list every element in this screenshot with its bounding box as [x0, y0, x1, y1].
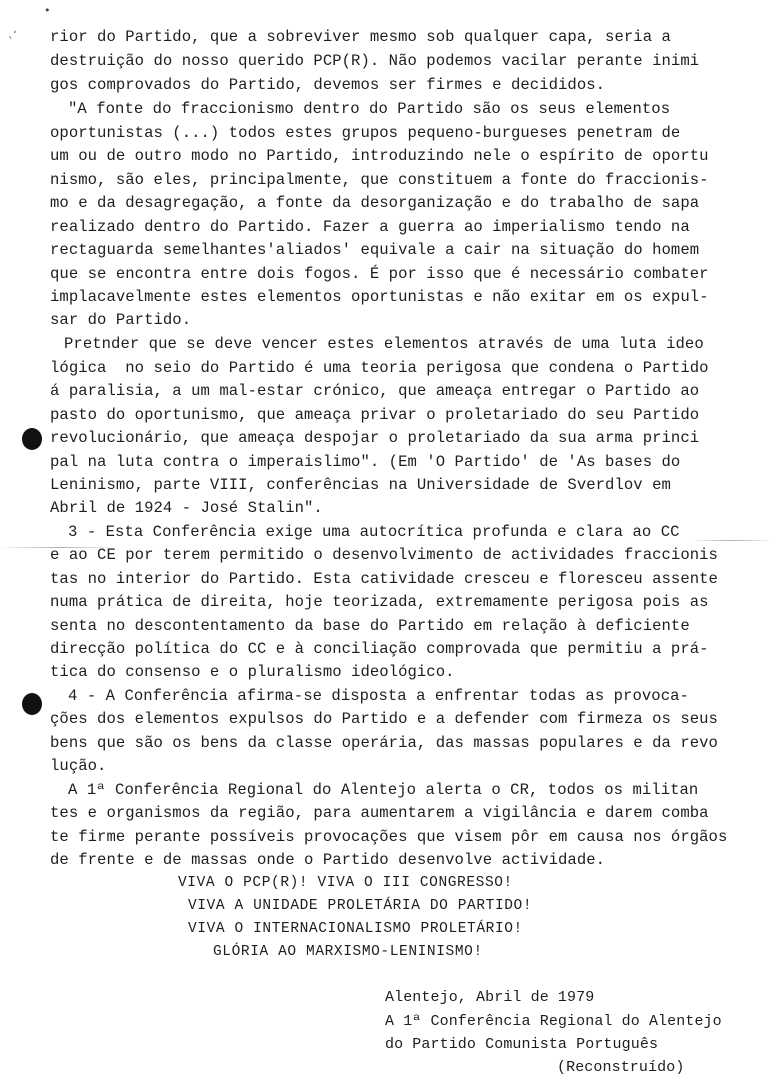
text-line: sar do Partido.	[50, 310, 191, 330]
slogan-line: GLÓRIA AO MARXISMO-LENINISMO!	[213, 942, 483, 962]
text-line: senta no descontentamento da base do Par…	[50, 616, 690, 636]
text-line: direcção política do CC e à conciliação …	[50, 639, 709, 659]
scanned-document-page: • ˎ˒ rior do Partido, que a sobreviver m…	[0, 0, 773, 1080]
text-line: ções dos elementos expulsos do Partido e…	[50, 709, 718, 729]
text-line: numa prática de direita, hoje teorizada,…	[50, 592, 709, 612]
text-line: e ao CE por terem permitido o desenvolvi…	[50, 545, 718, 565]
text-line: 4 - A Conferência afirma-se disposta a e…	[68, 686, 689, 706]
text-line: realizado dentro do Partido. Fazer a gue…	[50, 217, 690, 237]
slogan-line: VIVA A UNIDADE PROLETÁRIA DO PARTIDO!	[188, 896, 532, 916]
text-line: "A fonte do fraccionismo dentro do Parti…	[68, 99, 670, 119]
text-line: rior do Partido, que a sobreviver mesmo …	[50, 27, 671, 47]
text-line: um ou de outro modo no Partido, introduz…	[50, 146, 709, 166]
text-line: tas no interior do Partido. Esta cativid…	[50, 569, 718, 589]
punch-hole-bottom	[22, 693, 42, 715]
text-line: tes e organismos da região, para aumenta…	[50, 803, 709, 823]
author-line: (Reconstruído)	[557, 1058, 684, 1078]
text-line: tica do consenso e o pluralismo ideológi…	[50, 662, 455, 682]
text-line: Pretnder que se deve vencer estes elemen…	[64, 334, 704, 354]
text-line: bens que são os bens da classe operária,…	[50, 733, 718, 753]
text-line: gos comprovados do Partido, devemos ser …	[50, 75, 605, 95]
text-line: lução.	[50, 756, 106, 776]
text-line: pal na luta contra o imperaislimo". (Em …	[50, 452, 680, 472]
author-line: A 1ª Conferência Regional do Alentejo	[385, 1012, 722, 1032]
scan-streak	[690, 540, 773, 541]
text-line: de frente e de massas onde o Partido des…	[50, 850, 605, 870]
scan-speck: •	[44, 4, 51, 17]
text-line: mo e da desagregação, a fonte da desorga…	[50, 193, 699, 213]
text-line: A 1ª Conferência Regional do Alentejo al…	[68, 780, 698, 800]
slogan-line: VIVA O PCP(R)! VIVA O III CONGRESSO!	[178, 873, 513, 893]
author-line: do Partido Comunista Português	[385, 1035, 658, 1055]
text-line: 3 - Esta Conferência exige uma autocríti…	[68, 522, 680, 542]
punch-hole-top	[22, 428, 42, 450]
text-line: Abril de 1924 - José Stalin".	[50, 498, 323, 518]
text-line: nismo, são eles, principalmente, que con…	[50, 170, 709, 190]
text-line: á paralisia, a um mal-estar crónico, que…	[50, 381, 699, 401]
text-line: destruição do nosso querido PCP(R). Não …	[50, 51, 699, 71]
text-line: lógica no seio do Partido é uma teoria p…	[50, 358, 709, 378]
scan-mark: ˎ˒	[8, 26, 17, 39]
text-line: oportunistas (...) todos estes grupos pe…	[50, 123, 680, 143]
text-line: pasto do oportunismo, que ameaça privar …	[50, 405, 699, 425]
slogan-line: VIVA O INTERNACIONALISMO PROLETÁRIO!	[188, 919, 523, 939]
text-line: implacavelmente estes elementos oportuni…	[50, 287, 709, 307]
text-line: Leninismo, parte VIII, conferências na U…	[50, 475, 671, 495]
text-line: revolucionário, que ameaça despojar o pr…	[50, 428, 699, 448]
place-date: Alentejo, Abril de 1979	[385, 988, 594, 1008]
text-line: que se encontra entre dois fogos. É por …	[50, 264, 709, 284]
text-line: rectaguarda semelhantes'aliados' equival…	[50, 240, 699, 260]
text-line: te firme perante possíveis provocações q…	[50, 827, 727, 847]
